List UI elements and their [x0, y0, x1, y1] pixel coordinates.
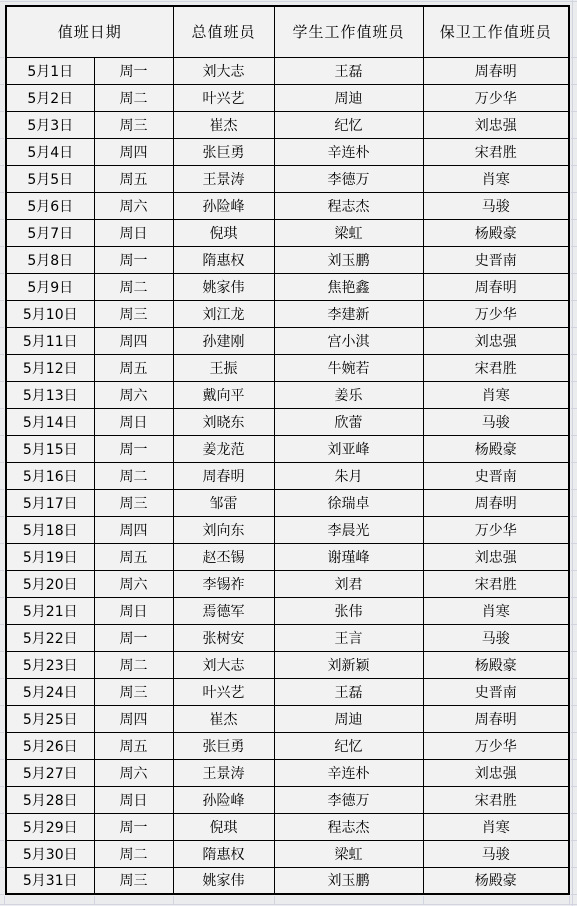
student-officer-cell: 李德万 — [274, 165, 423, 192]
student-officer-cell: 李德万 — [274, 786, 423, 813]
weekday-cell: 周日 — [94, 408, 173, 435]
date-cell: 5月29日 — [6, 813, 94, 840]
weekday-cell: 周五 — [94, 543, 173, 570]
security-officer-cell: 史晋南 — [423, 246, 569, 273]
weekday-cell: 周三 — [94, 111, 173, 138]
table-row: 5月13日 周六 戴向平 姜乐 肖寒 — [6, 381, 569, 408]
table-header: 值班日期 总值班员 学生工作值班员 保卫工作值班员 — [6, 6, 569, 57]
margin-gridline — [571, 354, 577, 355]
security-officer-cell: 周春明 — [423, 489, 569, 516]
table-row: 5月20日 周六 李锡祚 刘君 宋君胜 — [6, 570, 569, 597]
date-cell: 5月21日 — [6, 597, 94, 624]
student-officer-cell: 王言 — [274, 624, 423, 651]
weekday-cell: 周二 — [94, 84, 173, 111]
student-officer-cell: 朱月 — [274, 462, 423, 489]
date-cell: 5月7日 — [6, 219, 94, 246]
student-officer-cell: 刘君 — [274, 570, 423, 597]
security-officer-cell: 宋君胜 — [423, 138, 569, 165]
chief-officer-cell: 王景涛 — [173, 165, 274, 192]
student-officer-cell: 纪忆 — [274, 111, 423, 138]
security-officer-cell: 马骏 — [423, 624, 569, 651]
margin-gridline — [0, 651, 4, 652]
date-cell: 5月3日 — [6, 111, 94, 138]
margin-gridline — [0, 165, 4, 166]
table-row: 5月9日 周二 姚家伟 焦艳鑫 周春明 — [6, 273, 569, 300]
student-officer-cell: 纪忆 — [274, 732, 423, 759]
margin-gridline — [571, 732, 577, 733]
security-officer-cell: 刘忠强 — [423, 759, 569, 786]
table-row: 5月8日 周一 隋惠权 刘玉鹏 史晋南 — [6, 246, 569, 273]
student-officer-cell: 张伟 — [274, 597, 423, 624]
weekday-cell: 周三 — [94, 300, 173, 327]
table-row: 5月25日 周四 崔杰 周迪 周春明 — [6, 705, 569, 732]
weekday-cell: 周一 — [94, 246, 173, 273]
student-officer-cell: 刘亚峰 — [274, 435, 423, 462]
chief-officer-cell: 刘江龙 — [173, 300, 274, 327]
margin-gridline — [571, 786, 577, 787]
weekday-cell: 周四 — [94, 516, 173, 543]
security-officer-cell: 史晋南 — [423, 678, 569, 705]
margin-gridline — [0, 786, 4, 787]
weekday-cell: 周二 — [94, 273, 173, 300]
weekday-cell: 周二 — [94, 840, 173, 867]
weekday-cell: 周一 — [94, 435, 173, 462]
margin-gridline — [0, 678, 4, 679]
table-row: 5月3日 周三 崔杰 纪忆 刘忠强 — [6, 111, 569, 138]
student-officer-cell: 李晨光 — [274, 516, 423, 543]
security-officer-cell: 万少华 — [423, 84, 569, 111]
margin-gridline — [571, 813, 577, 814]
margin-gridline — [0, 813, 4, 814]
chief-officer-cell: 孙险峰 — [173, 786, 274, 813]
weekday-cell: 周三 — [94, 867, 173, 894]
margin-gridline — [571, 678, 577, 679]
margin-gridline — [94, 896, 95, 904]
student-officer-cell: 欣蕾 — [274, 408, 423, 435]
margin-gridline — [571, 597, 577, 598]
student-officer-cell: 周迪 — [274, 705, 423, 732]
date-cell: 5月23日 — [6, 651, 94, 678]
margin-gridline — [0, 138, 4, 139]
student-officer-cell: 焦艳鑫 — [274, 273, 423, 300]
chief-officer-cell: 隋惠权 — [173, 246, 274, 273]
margin-gridline — [571, 867, 577, 868]
margin-gridline — [0, 219, 4, 220]
chief-officer-cell: 姚家伟 — [173, 273, 274, 300]
security-officer-cell: 马骏 — [423, 840, 569, 867]
security-officer-cell: 刘忠强 — [423, 543, 569, 570]
chief-officer-cell: 叶兴艺 — [173, 678, 274, 705]
student-officer-cell: 刘玉鹏 — [274, 867, 423, 894]
margin-gridline — [0, 327, 4, 328]
table-row: 5月22日 周一 张树安 王言 马骏 — [6, 624, 569, 651]
margin-gridline — [571, 489, 577, 490]
margin-gridline — [571, 219, 577, 220]
weekday-cell: 周六 — [94, 192, 173, 219]
student-officer-cell: 宫小淇 — [274, 327, 423, 354]
chief-officer-cell: 刘晓东 — [173, 408, 274, 435]
weekday-cell: 周三 — [94, 489, 173, 516]
margin-gridline — [571, 273, 577, 274]
margin-gridline — [423, 896, 424, 904]
date-cell: 5月16日 — [6, 462, 94, 489]
table-row: 5月24日 周三 叶兴艺 王磊 史晋南 — [6, 678, 569, 705]
margin-gridline — [0, 246, 4, 247]
date-cell: 5月6日 — [6, 192, 94, 219]
table-row: 5月10日 周三 刘江龙 李建新 万少华 — [6, 300, 569, 327]
security-officer-cell: 周春明 — [423, 705, 569, 732]
security-officer-cell: 马骏 — [423, 192, 569, 219]
margin-gridline — [0, 570, 4, 571]
table-row: 5月16日 周二 周春明 朱月 史晋南 — [6, 462, 569, 489]
security-officer-cell: 周春明 — [423, 273, 569, 300]
chief-officer-cell: 孙建刚 — [173, 327, 274, 354]
header-security-work-officer: 保卫工作值班员 — [423, 6, 569, 57]
margin-gridline — [0, 489, 4, 490]
margin-gridline — [571, 327, 577, 328]
table-row: 5月14日 周日 刘晓东 欣蕾 马骏 — [6, 408, 569, 435]
chief-officer-cell: 姜龙范 — [173, 435, 274, 462]
margin-gridline — [571, 543, 577, 544]
weekday-cell: 周二 — [94, 651, 173, 678]
student-officer-cell: 辛连朴 — [274, 138, 423, 165]
margin-gridline — [571, 192, 577, 193]
chief-officer-cell: 李锡祚 — [173, 570, 274, 597]
date-cell: 5月22日 — [6, 624, 94, 651]
chief-officer-cell: 赵丕锡 — [173, 543, 274, 570]
weekday-cell: 周一 — [94, 57, 173, 84]
student-officer-cell: 李建新 — [274, 300, 423, 327]
student-officer-cell: 刘玉鹏 — [274, 246, 423, 273]
table-row: 5月28日 周日 孙险峰 李德万 宋君胜 — [6, 786, 569, 813]
chief-officer-cell: 王振 — [173, 354, 274, 381]
security-officer-cell: 刘忠强 — [423, 327, 569, 354]
date-cell: 5月25日 — [6, 705, 94, 732]
date-cell: 5月14日 — [6, 408, 94, 435]
table-row: 5月19日 周五 赵丕锡 谢瑾峰 刘忠强 — [6, 543, 569, 570]
chief-officer-cell: 孙险峰 — [173, 192, 274, 219]
weekday-cell: 周一 — [94, 813, 173, 840]
margin-gridline — [0, 192, 4, 193]
date-cell: 5月9日 — [6, 273, 94, 300]
security-officer-cell: 杨殿豪 — [423, 651, 569, 678]
date-cell: 5月1日 — [6, 57, 94, 84]
margin-gridline — [0, 462, 4, 463]
student-officer-cell: 刘新颖 — [274, 651, 423, 678]
table-row: 5月4日 周四 张巨勇 辛连朴 宋君胜 — [6, 138, 569, 165]
date-cell: 5月13日 — [6, 381, 94, 408]
student-officer-cell: 程志杰 — [274, 192, 423, 219]
margin-gridline — [571, 408, 577, 409]
duty-schedule-table: 值班日期 总值班员 学生工作值班员 保卫工作值班员 5月1日 周一 刘大志 王磊… — [5, 5, 570, 895]
student-officer-cell: 梁虹 — [274, 219, 423, 246]
margin-gridline — [0, 84, 4, 85]
security-officer-cell: 刘忠强 — [423, 111, 569, 138]
margin-gridline — [571, 84, 577, 85]
chief-officer-cell: 刘向东 — [173, 516, 274, 543]
security-officer-cell: 万少华 — [423, 732, 569, 759]
table-row: 5月7日 周日 倪琪 梁虹 杨殿豪 — [6, 219, 569, 246]
margin-gridline — [571, 138, 577, 139]
student-officer-cell: 姜乐 — [274, 381, 423, 408]
weekday-cell: 周日 — [94, 219, 173, 246]
chief-officer-cell: 刘大志 — [173, 57, 274, 84]
date-cell: 5月15日 — [6, 435, 94, 462]
margin-gridline — [571, 165, 577, 166]
table-body: 5月1日 周一 刘大志 王磊 周春明 5月2日 周二 叶兴艺 周迪 万少华 5月… — [6, 57, 569, 894]
security-officer-cell: 万少华 — [423, 516, 569, 543]
weekday-cell: 周五 — [94, 354, 173, 381]
table-row: 5月17日 周三 邹雷 徐瑞卓 周春明 — [6, 489, 569, 516]
date-cell: 5月20日 — [6, 570, 94, 597]
date-cell: 5月8日 — [6, 246, 94, 273]
chief-officer-cell: 姚家伟 — [173, 867, 274, 894]
margin-gridline — [0, 57, 4, 58]
chief-officer-cell: 倪琪 — [173, 813, 274, 840]
chief-officer-cell: 张巨勇 — [173, 138, 274, 165]
weekday-cell: 周六 — [94, 381, 173, 408]
security-officer-cell: 杨殿豪 — [423, 219, 569, 246]
date-cell: 5月31日 — [6, 867, 94, 894]
weekday-cell: 周一 — [94, 624, 173, 651]
chief-officer-cell: 张巨勇 — [173, 732, 274, 759]
security-officer-cell: 宋君胜 — [423, 354, 569, 381]
weekday-cell: 周五 — [94, 732, 173, 759]
weekday-cell: 周四 — [94, 705, 173, 732]
student-officer-cell: 程志杰 — [274, 813, 423, 840]
margin-gridline — [0, 624, 4, 625]
date-cell: 5月11日 — [6, 327, 94, 354]
margin-gridline — [0, 300, 4, 301]
chief-officer-cell: 周春明 — [173, 462, 274, 489]
weekday-cell: 周二 — [94, 462, 173, 489]
table-row: 5月12日 周五 王振 牛婉若 宋君胜 — [6, 354, 569, 381]
table-row: 5月29日 周一 倪琪 程志杰 肖寒 — [6, 813, 569, 840]
table-row: 5月27日 周六 王景涛 辛连朴 刘忠强 — [6, 759, 569, 786]
student-officer-cell: 谢瑾峰 — [274, 543, 423, 570]
date-cell: 5月27日 — [6, 759, 94, 786]
margin-gridline — [571, 435, 577, 436]
margin-gridline — [571, 300, 577, 301]
margin-gridline — [0, 516, 4, 517]
chief-officer-cell: 焉德军 — [173, 597, 274, 624]
margin-gridline — [571, 624, 577, 625]
weekday-cell: 周三 — [94, 678, 173, 705]
security-officer-cell: 肖寒 — [423, 597, 569, 624]
weekday-cell: 周四 — [94, 327, 173, 354]
margin-gridline — [0, 840, 4, 841]
header-duty-date: 值班日期 — [6, 6, 173, 57]
table-row: 5月1日 周一 刘大志 王磊 周春明 — [6, 57, 569, 84]
security-officer-cell: 杨殿豪 — [423, 435, 569, 462]
table-row: 5月23日 周二 刘大志 刘新颖 杨殿豪 — [6, 651, 569, 678]
table-row: 5月6日 周六 孙险峰 程志杰 马骏 — [6, 192, 569, 219]
chief-officer-cell: 崔杰 — [173, 111, 274, 138]
security-officer-cell: 肖寒 — [423, 381, 569, 408]
security-officer-cell: 周春明 — [423, 57, 569, 84]
margin-gridline — [571, 246, 577, 247]
date-cell: 5月2日 — [6, 84, 94, 111]
security-officer-cell: 宋君胜 — [423, 570, 569, 597]
margin-gridline — [0, 894, 4, 895]
student-officer-cell: 王磊 — [274, 57, 423, 84]
date-cell: 5月10日 — [6, 300, 94, 327]
chief-officer-cell: 崔杰 — [173, 705, 274, 732]
margin-gridline — [571, 381, 577, 382]
table-row: 5月31日 周三 姚家伟 刘玉鹏 杨殿豪 — [6, 867, 569, 894]
date-cell: 5月19日 — [6, 543, 94, 570]
margin-gridline — [0, 597, 4, 598]
date-cell: 5月28日 — [6, 786, 94, 813]
margin-gridline — [0, 543, 4, 544]
margin-gridline — [0, 273, 4, 274]
security-officer-cell: 肖寒 — [423, 165, 569, 192]
margin-gridline — [571, 840, 577, 841]
header-chief-officer: 总值班员 — [173, 6, 274, 57]
margin-gridline — [0, 732, 4, 733]
header-row: 值班日期 总值班员 学生工作值班员 保卫工作值班员 — [6, 6, 569, 57]
chief-officer-cell: 倪琪 — [173, 219, 274, 246]
margin-gridline — [571, 894, 577, 895]
margin-gridline — [0, 904, 577, 905]
weekday-cell: 周四 — [94, 138, 173, 165]
margin-gridline — [571, 759, 577, 760]
margin-gridline — [0, 381, 4, 382]
margin-gridline — [571, 705, 577, 706]
margin-gridline — [571, 111, 577, 112]
margin-gridline — [4, 896, 5, 904]
security-officer-cell: 史晋南 — [423, 462, 569, 489]
margin-gridline — [0, 1, 577, 2]
margin-gridline — [0, 867, 4, 868]
date-cell: 5月4日 — [6, 138, 94, 165]
margin-gridline — [173, 896, 174, 904]
date-cell: 5月26日 — [6, 732, 94, 759]
date-cell: 5月30日 — [6, 840, 94, 867]
chief-officer-cell: 隋惠权 — [173, 840, 274, 867]
chief-officer-cell: 戴向平 — [173, 381, 274, 408]
table-row: 5月18日 周四 刘向东 李晨光 万少华 — [6, 516, 569, 543]
date-cell: 5月17日 — [6, 489, 94, 516]
table-row: 5月26日 周五 张巨勇 纪忆 万少华 — [6, 732, 569, 759]
student-officer-cell: 周迪 — [274, 84, 423, 111]
date-cell: 5月5日 — [6, 165, 94, 192]
student-officer-cell: 牛婉若 — [274, 354, 423, 381]
weekday-cell: 周日 — [94, 597, 173, 624]
chief-officer-cell: 王景涛 — [173, 759, 274, 786]
student-officer-cell: 梁虹 — [274, 840, 423, 867]
margin-gridline — [571, 516, 577, 517]
margin-gridline — [571, 462, 577, 463]
chief-officer-cell: 邹雷 — [173, 489, 274, 516]
weekday-cell: 周六 — [94, 570, 173, 597]
margin-gridline — [572, 0, 573, 906]
margin-gridline — [0, 111, 4, 112]
security-officer-cell: 马骏 — [423, 408, 569, 435]
weekday-cell: 周五 — [94, 165, 173, 192]
weekday-cell: 周日 — [94, 786, 173, 813]
margin-gridline — [571, 570, 577, 571]
table-row: 5月21日 周日 焉德军 张伟 肖寒 — [6, 597, 569, 624]
margin-gridline — [571, 57, 577, 58]
security-officer-cell: 肖寒 — [423, 813, 569, 840]
margin-gridline — [0, 759, 4, 760]
chief-officer-cell: 刘大志 — [173, 651, 274, 678]
student-officer-cell: 徐瑞卓 — [274, 489, 423, 516]
margin-gridline — [0, 705, 4, 706]
margin-gridline — [0, 354, 4, 355]
security-officer-cell: 宋君胜 — [423, 786, 569, 813]
header-student-work-officer: 学生工作值班员 — [274, 6, 423, 57]
margin-gridline — [571, 651, 577, 652]
table-row: 5月2日 周二 叶兴艺 周迪 万少华 — [6, 84, 569, 111]
margin-gridline — [0, 435, 4, 436]
security-officer-cell: 万少华 — [423, 300, 569, 327]
spreadsheet-page: 值班日期 总值班员 学生工作值班员 保卫工作值班员 5月1日 周一 刘大志 王磊… — [0, 0, 577, 906]
table-row: 5月15日 周一 姜龙范 刘亚峰 杨殿豪 — [6, 435, 569, 462]
table-row: 5月30日 周二 隋惠权 梁虹 马骏 — [6, 840, 569, 867]
margin-gridline — [274, 896, 275, 904]
date-cell: 5月18日 — [6, 516, 94, 543]
chief-officer-cell: 张树安 — [173, 624, 274, 651]
security-officer-cell: 杨殿豪 — [423, 867, 569, 894]
student-officer-cell: 王磊 — [274, 678, 423, 705]
margin-gridline — [0, 408, 4, 409]
date-cell: 5月12日 — [6, 354, 94, 381]
table-row: 5月5日 周五 王景涛 李德万 肖寒 — [6, 165, 569, 192]
weekday-cell: 周六 — [94, 759, 173, 786]
date-cell: 5月24日 — [6, 678, 94, 705]
chief-officer-cell: 叶兴艺 — [173, 84, 274, 111]
student-officer-cell: 辛连朴 — [274, 759, 423, 786]
table-row: 5月11日 周四 孙建刚 宫小淇 刘忠强 — [6, 327, 569, 354]
margin-gridline — [569, 896, 570, 904]
